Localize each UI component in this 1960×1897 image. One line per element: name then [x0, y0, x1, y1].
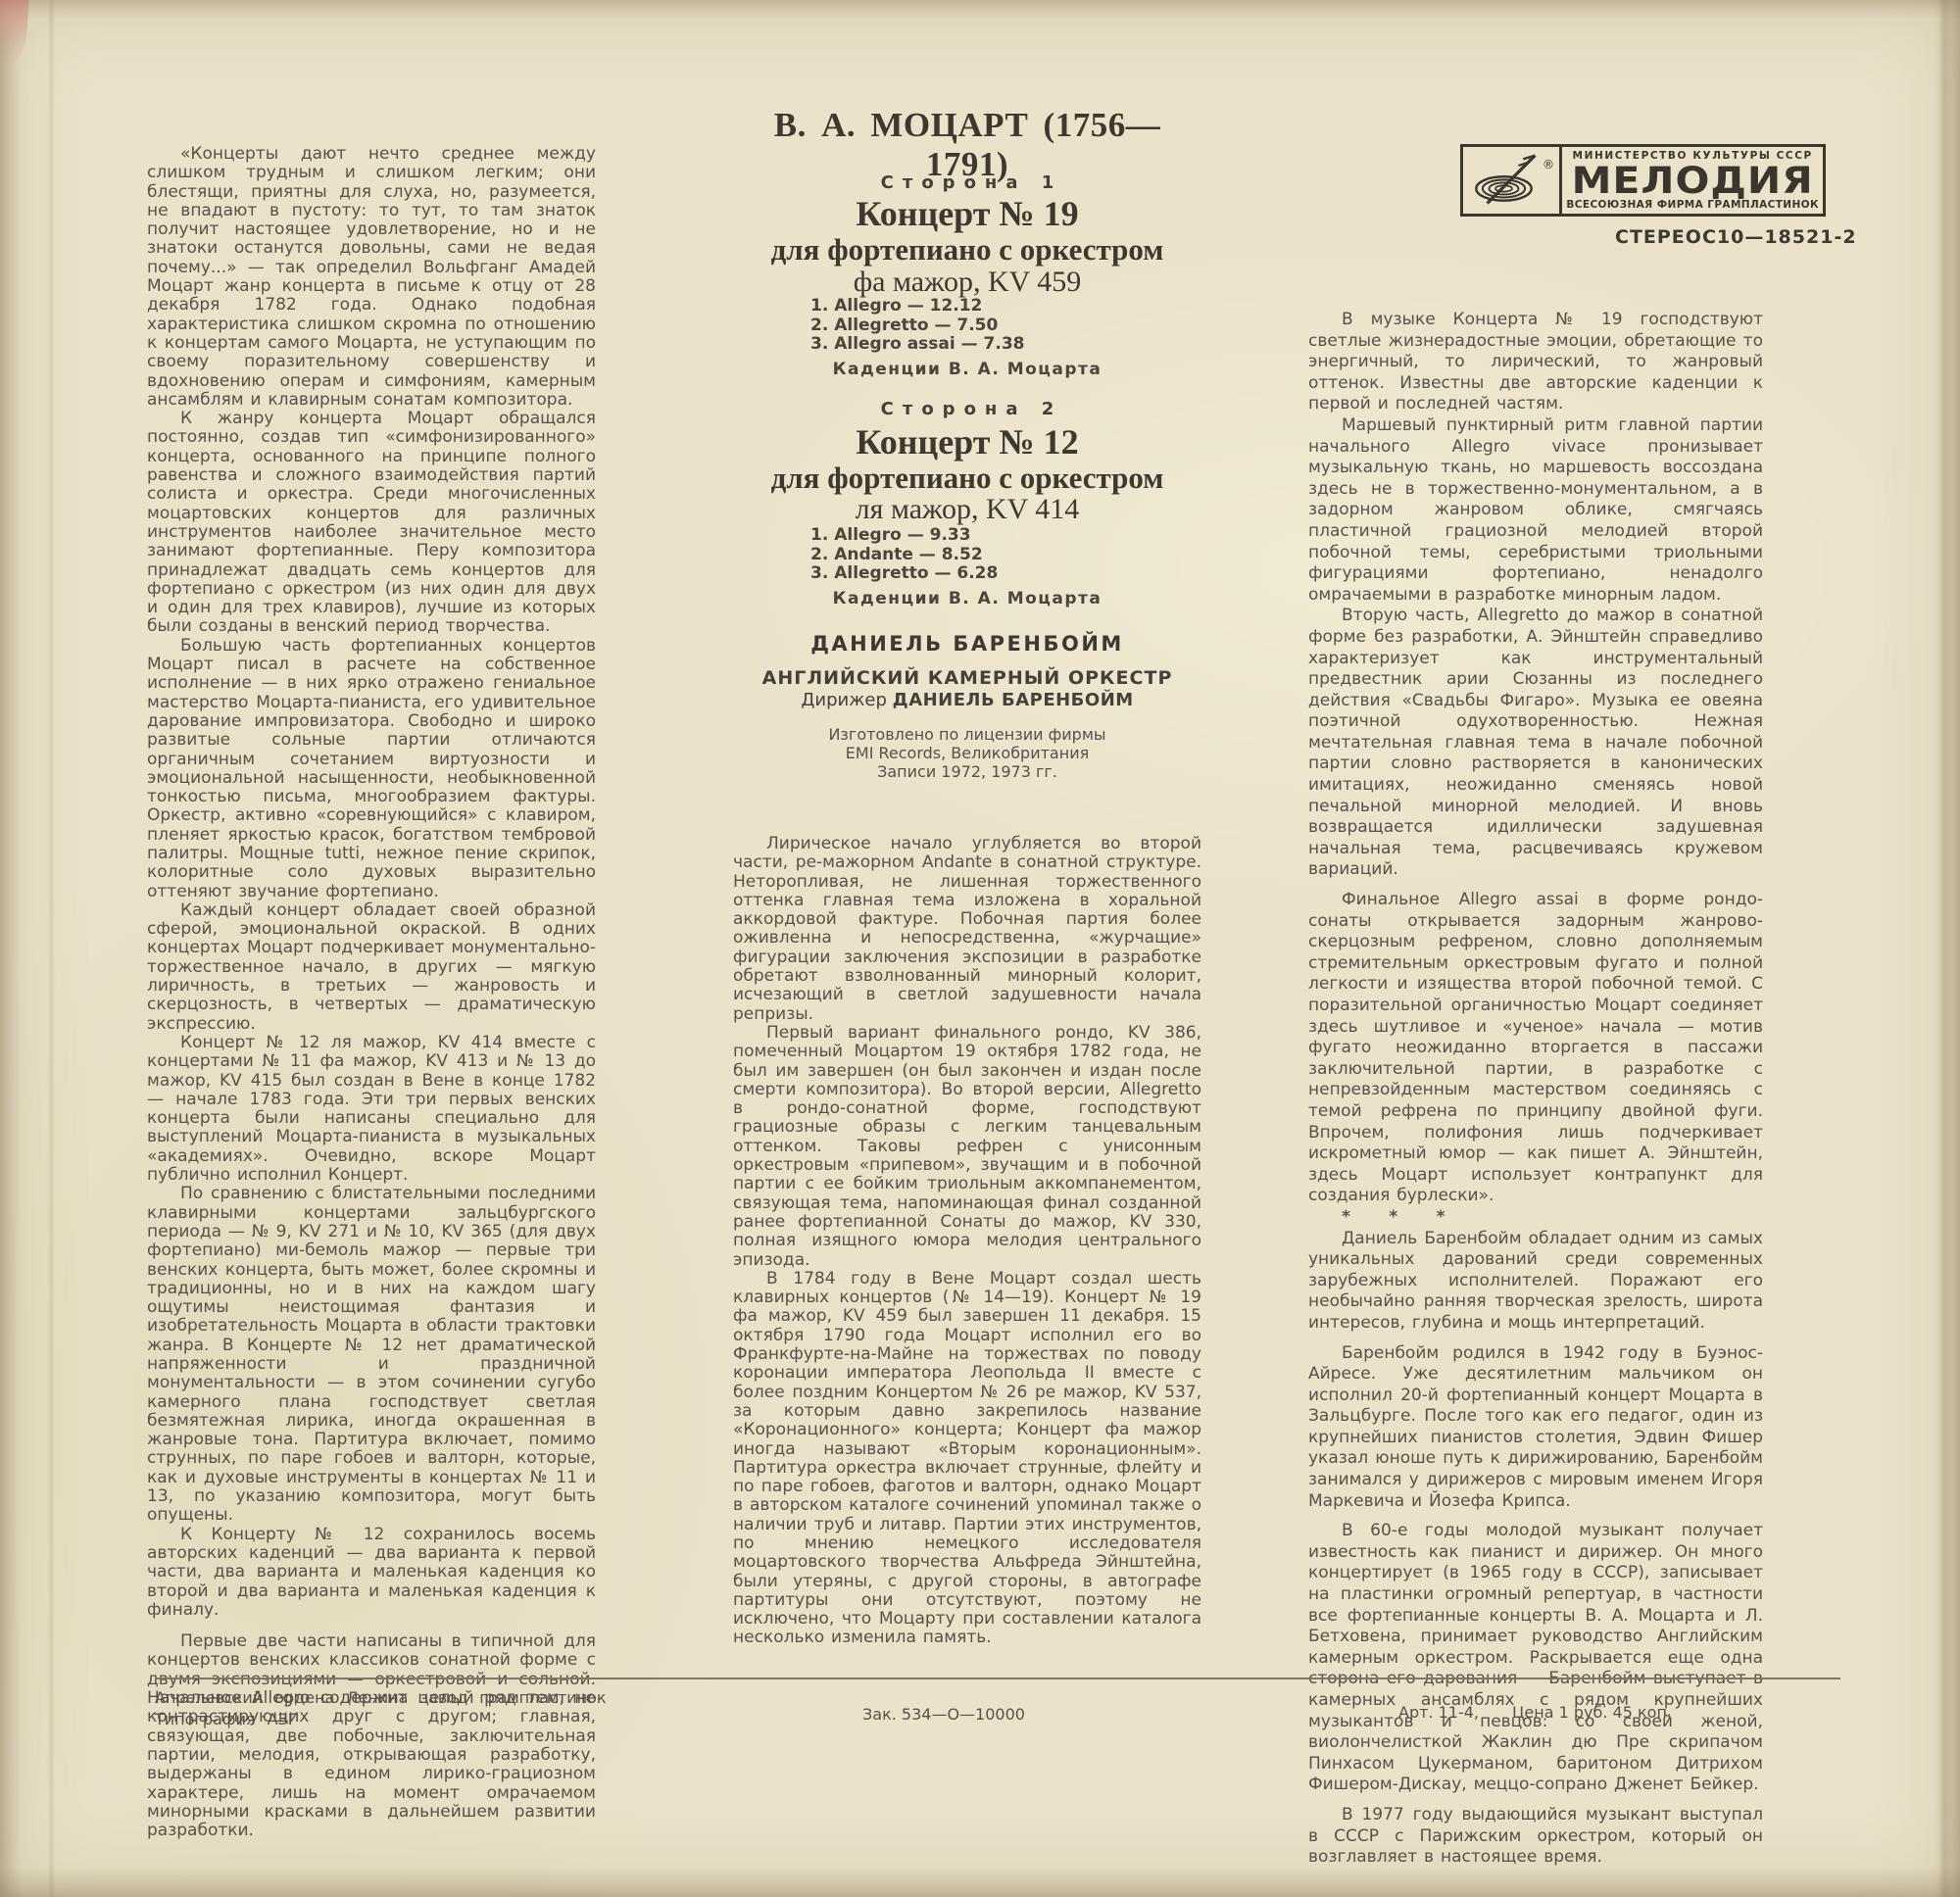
right-text-column: В музыке Концерта № 19 господствуют свет… [1308, 310, 1763, 1869]
side-1-work-key: фа мажор, KV 459 [733, 266, 1201, 299]
paragraph: Маршевый пунктирный ритм главной партии … [1308, 415, 1763, 606]
svg-text:®: ® [1543, 158, 1554, 171]
track: 1. Allegro — 12.12 [810, 297, 1025, 316]
catalog-number: С10—18521-2 [1702, 226, 1857, 248]
conductor-prefix: Дирижер [801, 690, 887, 710]
paragraph: К Концерту № 12 сохранилось восемь автор… [147, 1526, 596, 1620]
side-1-tracklist: 1. Allegro — 12.12 2. Allegretto — 7.50 … [810, 297, 1025, 355]
orchestra-name: АНГЛИЙСКИЙ КАМЕРНЫЙ ОРКЕСТР [733, 667, 1201, 689]
side-1-work-title: Концерт № 19 [733, 193, 1201, 234]
track: 3. Allegretto — 6.28 [810, 564, 998, 584]
melodiya-emblem-icon: ® [1463, 147, 1562, 214]
plant-line: Апрелевский ордена Ленина завод грамплас… [155, 1687, 607, 1709]
paragraph: К жанру концерта Моцарт обращался постоя… [147, 410, 596, 637]
paragraph: В 1784 году в Вене Моцарт создал шесть к… [733, 1270, 1201, 1648]
side-1-label: Сторона 1 [733, 172, 1201, 193]
side-2-cadenza-note: Каденции В. А. Моцарта [733, 589, 1201, 608]
paragraph: В 1977 году выдающийся музыкант выступал… [1308, 1805, 1763, 1869]
conductor-name: ДАНИЕЛЬ БАРЕНБОЙМ [893, 690, 1134, 710]
license-line: Записи 1972, 1973 гг. [733, 762, 1201, 781]
catalog-line: СТЕРЕО С10—18521-2 [1615, 226, 1827, 248]
track: 2. Andante — 8.52 [810, 546, 998, 565]
paragraph: Финальное Allegro assai в форме рондо-со… [1308, 890, 1763, 1207]
paragraph: В музыке Концерта № 19 господствуют свет… [1308, 310, 1763, 415]
track: 3. Allegro assai — 7.38 [810, 335, 1025, 355]
track: 2. Allegretto — 7.50 [810, 316, 1025, 336]
melodiya-logo-text: МИНИСТЕРСТВО КУЛЬТУРЫ СССР МЕЛОДИЯ ВСЕСО… [1562, 147, 1823, 214]
paragraph: Лирическое начало углубляется во второй … [733, 835, 1201, 1024]
stereo-label: СТЕРЕО [1615, 226, 1702, 248]
article-price-line: Арт. 11-4, Цена 1 руб. 45 коп. [1398, 1703, 1672, 1722]
paragraph: Большую часть фортепианных концертов Моц… [147, 637, 596, 901]
side-2-label: Сторона 2 [733, 399, 1201, 419]
license-note: Изготовлено по лицензии фирмы EMI Record… [733, 725, 1201, 781]
printer-line: Типография АЗГ [155, 1709, 607, 1730]
melodiya-logo-plate: ® МИНИСТЕРСТВО КУЛЬТУРЫ СССР МЕЛОДИЯ ВСЕ… [1460, 144, 1826, 217]
side-2-tracklist: 1. Allegro — 9.33 2. Andante — 8.52 3. A… [810, 526, 998, 584]
paragraph: По сравнению с блистательными последними… [147, 1185, 596, 1525]
side-2-work-subtitle: для фортепиано с оркестром [733, 461, 1201, 496]
left-text-column: «Концерты дают нечто среднее между слишк… [147, 145, 596, 1840]
article-number: Арт. 11-4, [1398, 1703, 1479, 1722]
license-line: EMI Records, Великобритания [733, 744, 1201, 762]
side-1-cadenza-note: Каденции В. А. Моцарта [733, 360, 1201, 379]
side-1-work-subtitle: для фортепиано с оркестром [733, 232, 1201, 268]
paragraph: Первый вариант финального рондо, KV 386,… [733, 1024, 1201, 1270]
paragraph: Даниель Баренбойм обладает одним из самы… [1308, 1229, 1763, 1335]
section-separator: * * * [1308, 1207, 1763, 1229]
paragraph: Вторую часть, Allegretto до мажор в сона… [1308, 606, 1763, 881]
paragraph: В 60-е годы молодой музыкант получает из… [1308, 1521, 1763, 1796]
paragraph: Баренбойм родился в 1942 году в Буэнос-А… [1308, 1343, 1763, 1513]
paragraph: Первые две части написаны в типичной для… [147, 1632, 596, 1840]
footer-rule [155, 1678, 1840, 1679]
side-2-work-title: Концерт № 12 [733, 421, 1201, 462]
middle-text-column: Лирическое начало углубляется во второй … [733, 835, 1201, 1648]
order-number: Зак. 534—О—10000 [862, 1705, 1025, 1724]
track: 1. Allegro — 9.33 [810, 526, 998, 546]
melodiya-brand: МЕЛОДИЯ [1566, 163, 1819, 197]
conductor-line: Дирижер ДАНИЕЛЬ БАРЕНБОЙМ [733, 690, 1201, 710]
paragraph: Концерт № 12 ля мажор, KV 414 вместе с к… [147, 1034, 596, 1185]
paragraph: «Концерты дают нечто среднее между слишк… [147, 145, 596, 410]
pressing-plant-credit: Апрелевский ордена Ленина завод грамплас… [155, 1687, 607, 1730]
price: Цена 1 руб. 45 коп. [1512, 1703, 1672, 1722]
paper-edge-stain [0, 0, 28, 70]
performer-name: ДАНИЕЛЬ БАРЕНБОЙМ [733, 632, 1201, 656]
license-line: Изготовлено по лицензии фирмы [733, 725, 1201, 744]
side-2-work-key: ля мажор, KV 414 [733, 493, 1201, 526]
record-sleeve-back: «Концерты дают нечто среднее между слишк… [0, 0, 1960, 1897]
paragraph: Каждый концерт обладает своей образной с… [147, 901, 596, 1034]
